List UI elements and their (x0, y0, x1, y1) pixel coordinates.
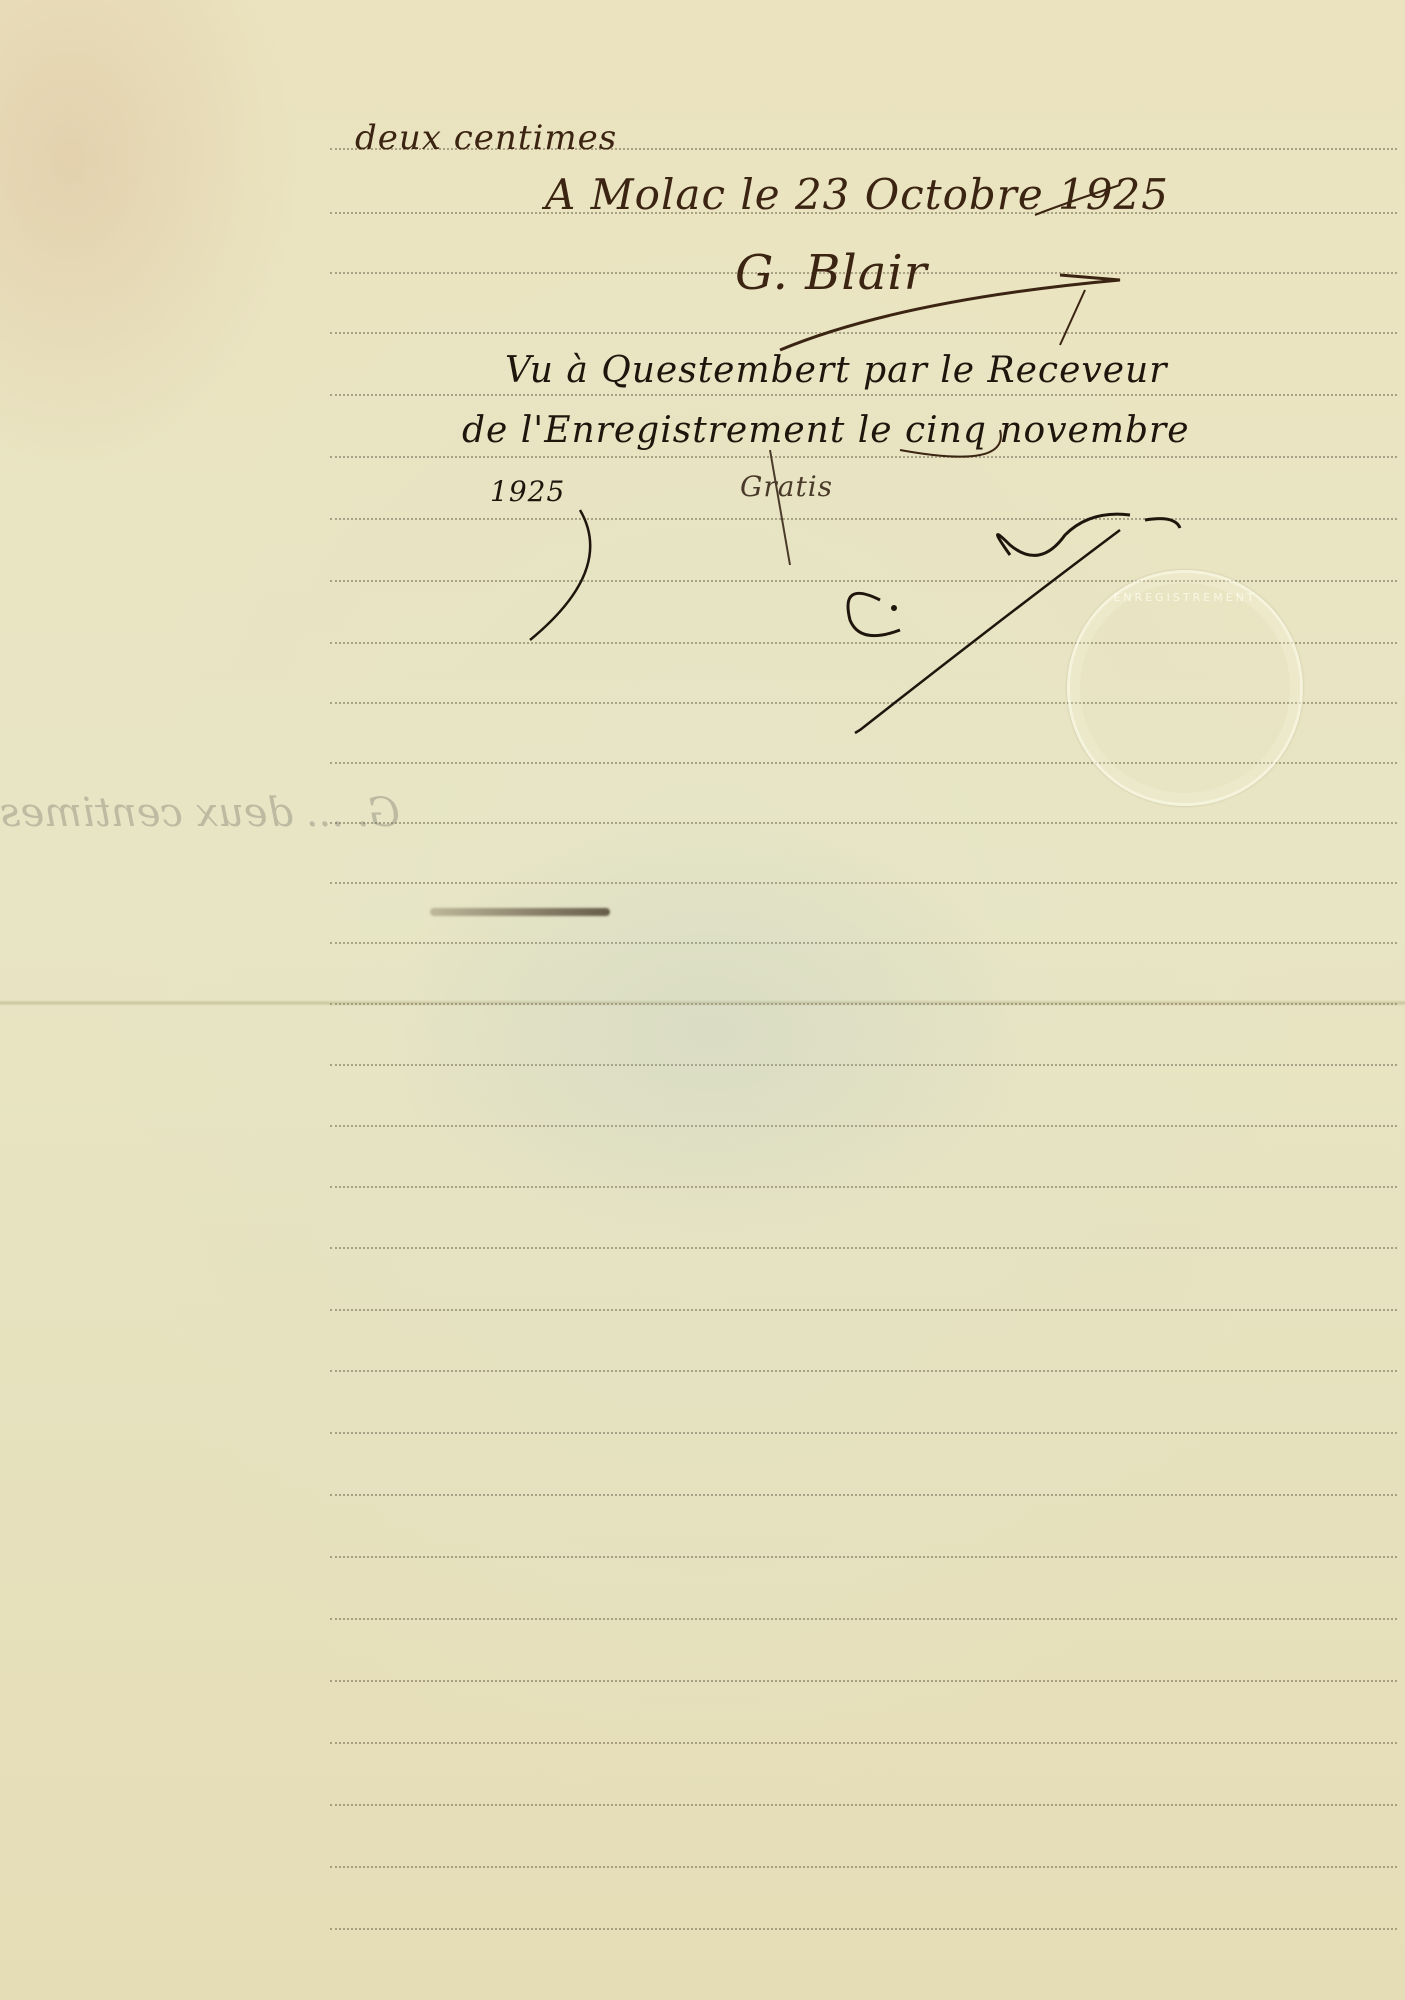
embossed-seal: ENREGISTREMENT (1067, 570, 1303, 806)
document-page: G. ... deux centimes deux centimes A Mol… (0, 0, 1405, 2000)
seal-text: ENREGISTREMENT (1070, 591, 1300, 604)
pen-flourishes (0, 0, 1405, 2000)
